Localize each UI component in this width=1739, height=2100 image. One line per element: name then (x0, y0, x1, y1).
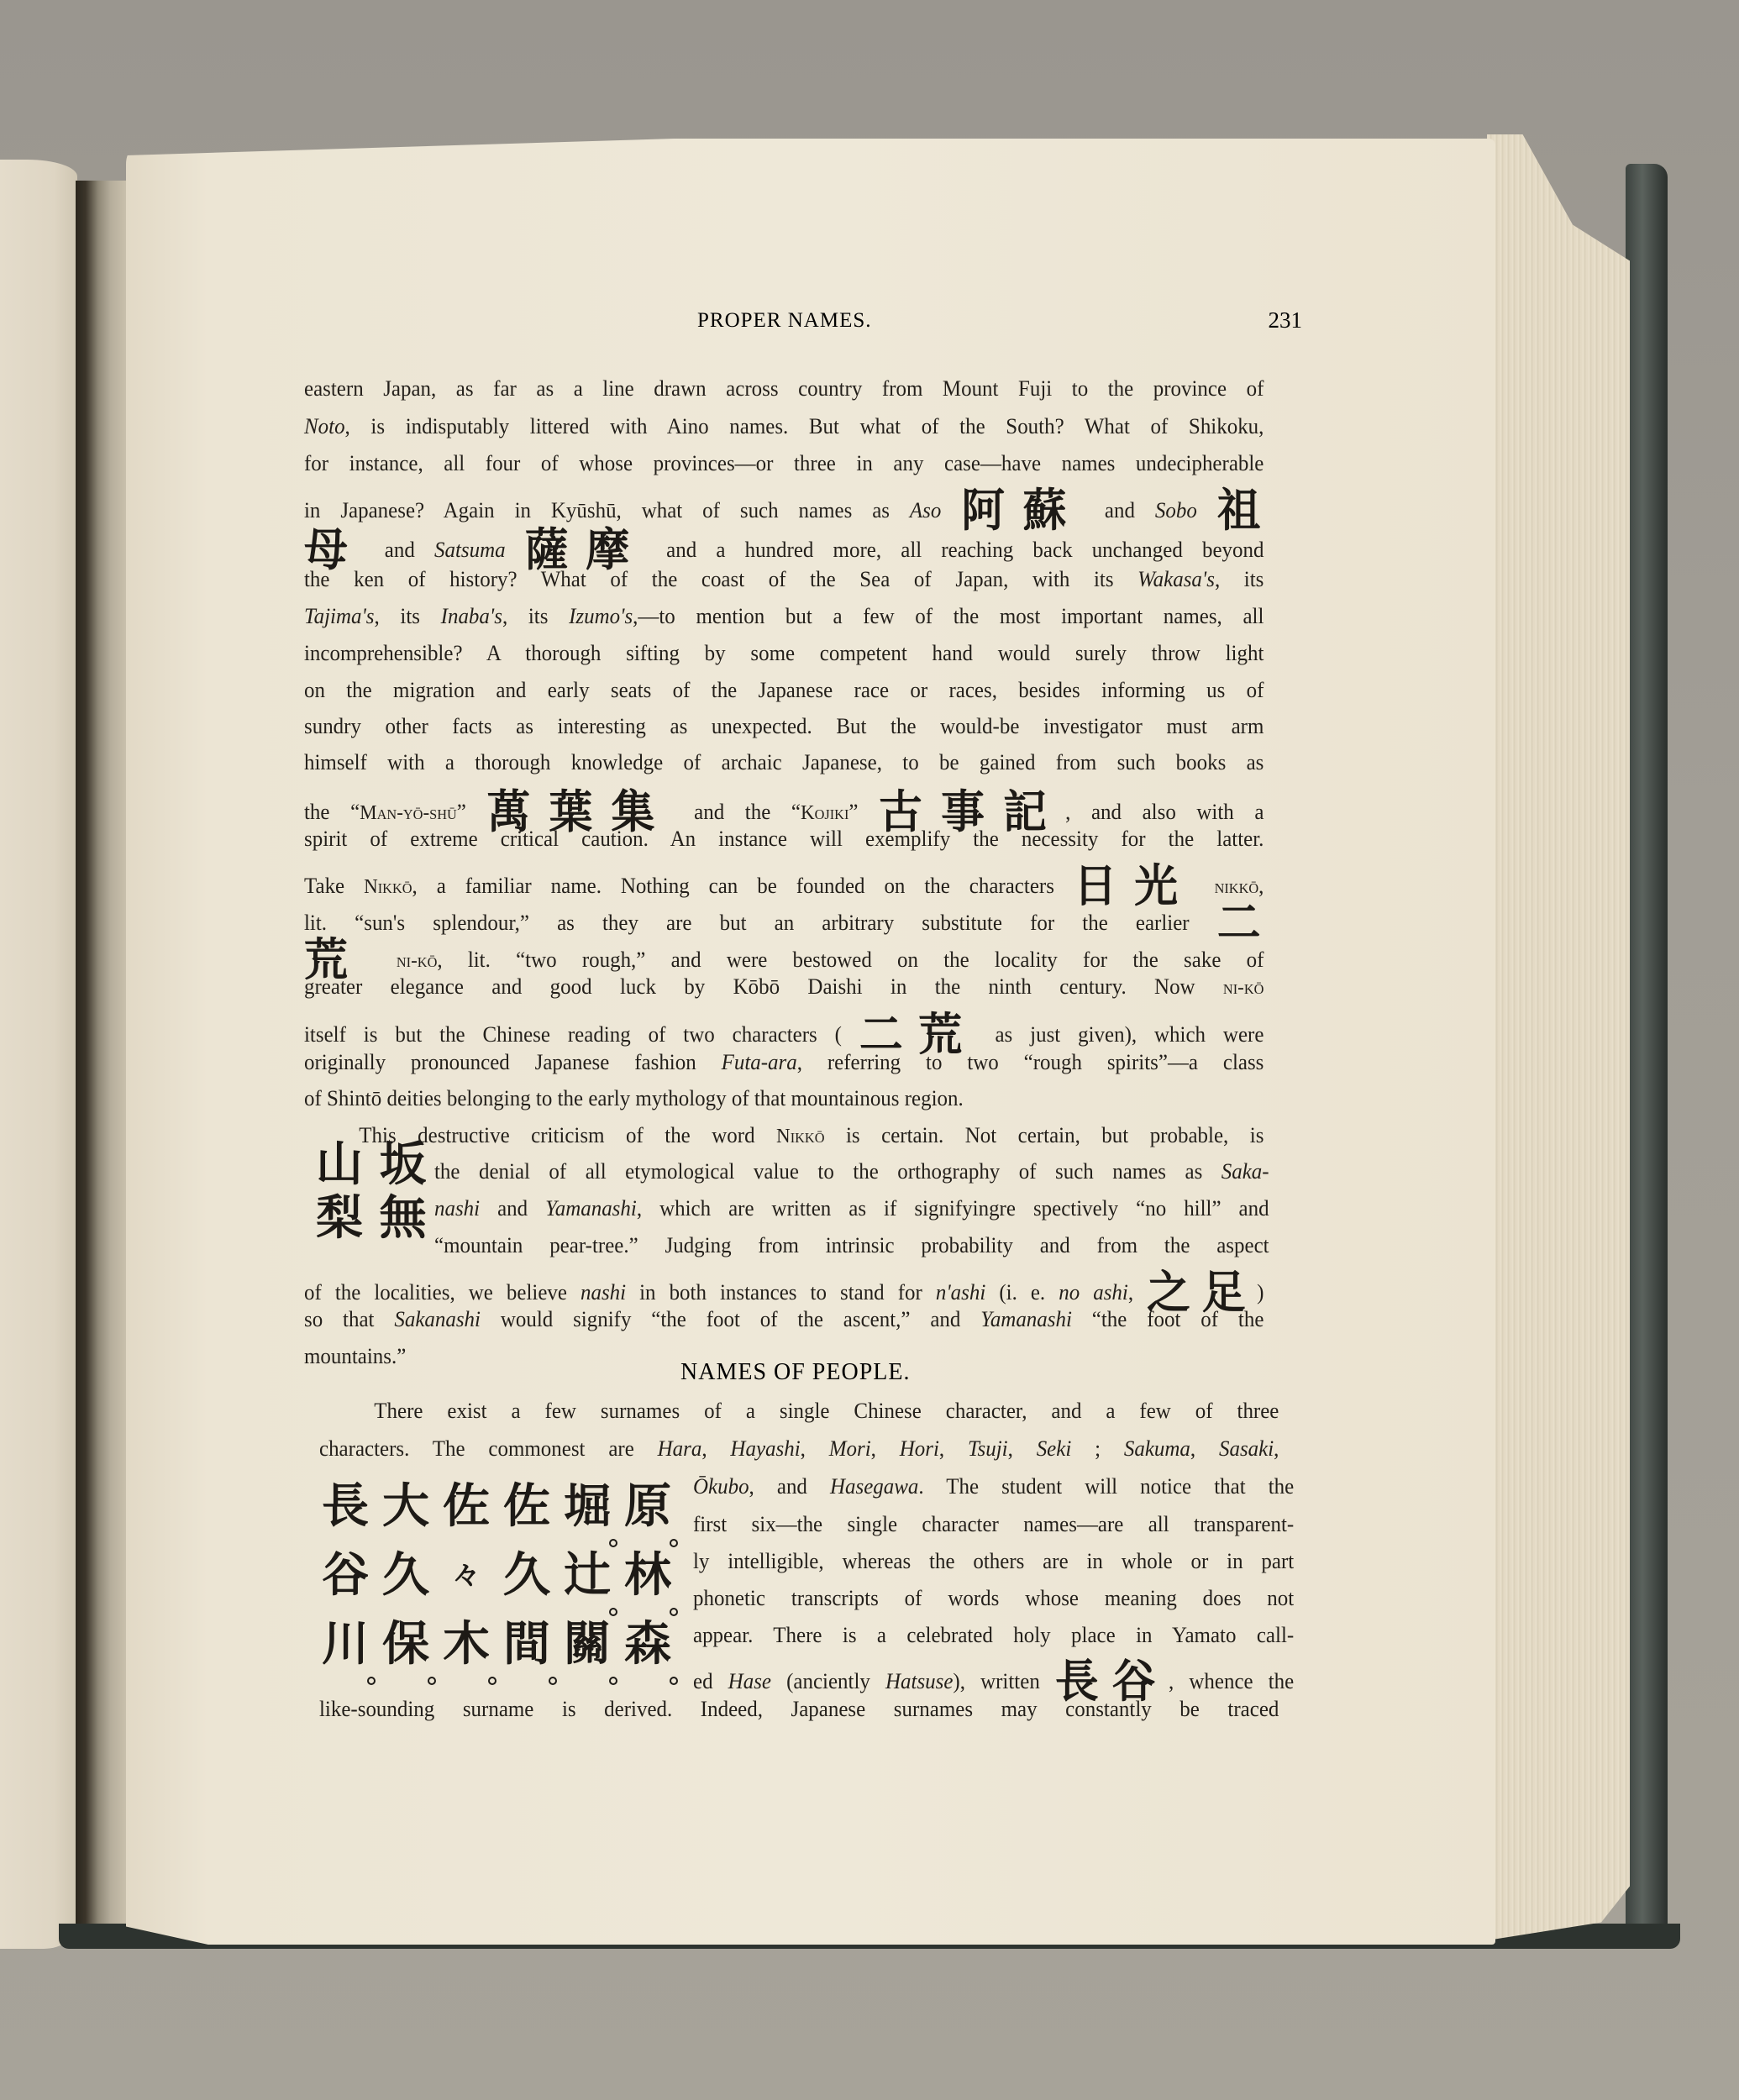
book-cover-right (1626, 164, 1668, 1945)
running-head: PROPER NAMES. 231 (302, 309, 1302, 343)
text-line: 母 and Satsuma 薩摩 and a hundred more, all… (304, 528, 1264, 573)
text-line: first six—the single character names—are… (693, 1512, 1294, 1537)
text-line: for instance, all four of whose province… (304, 451, 1264, 476)
book-gutter (76, 181, 126, 1940)
text-line: in Japanese? Again in Kyūshū, what of su… (304, 488, 1264, 533)
text-line: eastern Japan, as far as a line drawn ac… (304, 376, 1264, 402)
text-line: so that Sakanashi would signify “the foo… (304, 1307, 1264, 1332)
section-heading: NAMES OF PEOPLE. (680, 1359, 910, 1386)
text-line: of Shintō deities belonging to the early… (304, 1086, 1264, 1111)
text-line: characters. The commonest are Hara, Haya… (319, 1436, 1279, 1462)
text-line: appear. There is a celebrated holy place… (693, 1623, 1294, 1648)
text-line: Tajima's, its Inaba's, its Izumo's,—to m… (304, 604, 1264, 629)
text-line: ly intelligible, whereas the others are … (693, 1549, 1294, 1574)
text-line: on the migration and early seats of the … (304, 678, 1264, 703)
text-line: spirit of extreme critical caution. An i… (304, 827, 1264, 852)
text-line: There exist a few surnames of a single C… (319, 1399, 1279, 1424)
text-line: greater elegance and good luck by Kōbō D… (304, 974, 1264, 1000)
text-line: sundry other facts as interesting as une… (304, 714, 1264, 739)
text-line: This destructive criticism of the word N… (304, 1123, 1264, 1149)
text-line: like-sounding surname is derived. Indeed… (319, 1697, 1279, 1722)
page-number: 231 (1269, 307, 1303, 333)
text-line: “mountain pear-tree.” Judging from intri… (434, 1233, 1269, 1258)
text-line: originally pronounced Japanese fashion F… (304, 1050, 1264, 1075)
text-line: phonetic transcripts of words whose mean… (693, 1586, 1294, 1611)
page-fore-edge (1487, 134, 1630, 1940)
running-head-title: PROPER NAMES. (697, 309, 872, 333)
text-line: Noto, is indisputably littered with Aino… (304, 414, 1264, 439)
surname-kanji-grid: 長 大 佐 佐 堀 原 谷 久 々 久 辻 林 川 保 木 間 關 森 (315, 1480, 676, 1687)
text-line: incomprehensible? A thorough sifting by … (304, 641, 1264, 666)
text-line: nashi and Yamanashi, which are written a… (434, 1196, 1269, 1221)
text-line: himself with a thorough knowledge of arc… (304, 750, 1264, 775)
left-page-edge (0, 160, 77, 1949)
text-line: the ken of history? What of the coast of… (304, 567, 1264, 592)
text-line: the denial of all etymological value to … (434, 1159, 1269, 1184)
text-line: Ōkubo, and Hasegawa. The student will no… (693, 1474, 1294, 1499)
kanji-sakanashi-yamanashi: 山 坂 梨 無 (316, 1138, 427, 1246)
